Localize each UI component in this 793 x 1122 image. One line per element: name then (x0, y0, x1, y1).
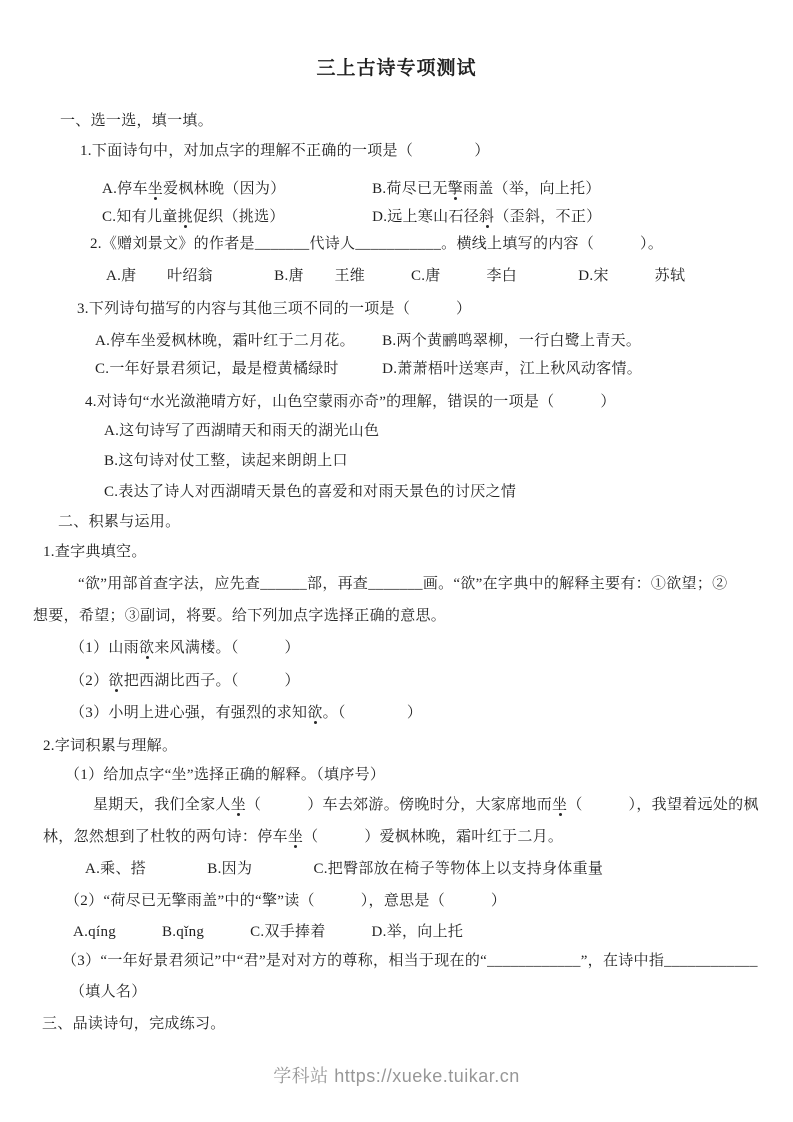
s2q2-item1-text-line1: 星期天，我们全家人坐（ ）车去郊游。傍晚时分，大家席地而坐（ ），我望着远处的枫 (93, 794, 759, 816)
q1-option-d: D.远上寒山石径斜（歪斜，不正） (372, 209, 601, 225)
emphasized-char: 欲 (307, 705, 322, 721)
s2q1-item3: （3）小明上进心强，有强烈的求知欲。（ ） (70, 702, 422, 724)
s2q2-item2-stem: （2）“荷尽已无擎雨盖”中的“擎”读（ ），意思是（ ） (65, 890, 506, 912)
section3-heading: 三、品读诗句，完成练习。 (42, 1013, 226, 1035)
q4-option-b: B.这句诗对仗工整，读起来朗朗上口 (104, 450, 348, 472)
s2q2-item3-stem-line2: （填人名） (70, 981, 147, 1003)
s2q1-item2: （2）欲把西湖比西子。（ ） (70, 670, 300, 692)
s2q1-item1: （1）山雨欲来风满楼。（ ） (70, 637, 300, 659)
q1-option-c: C.知有儿童挑促织（挑选） (102, 206, 368, 228)
s2q1-paragraph-line2: 想要，希望；③副词，将要。给下列加点字选择正确的意思。 (33, 605, 446, 627)
emphasized-char: 挑 (178, 209, 193, 225)
s2q2-item1-options: A.乘、搭 B.因为 C.把臀部放在椅子等物体上以支持身体重量 (85, 858, 603, 880)
q1-option-b: B.荷尽已无擎雨盖（举，向上托） (372, 181, 601, 197)
q4-option-c: C.表达了诗人对西湖晴天景色的喜爱和对雨天景色的讨厌之情 (104, 481, 516, 503)
q3-options-row-2: C.一年好景君须记，最是橙黄橘绿时 D.萧萧梧叶送寒声，江上秋风动客情。 (95, 358, 642, 380)
q4-stem: 4.对诗句“水光潋滟晴方好，山色空蒙雨亦奇”的理解，错误的一项是（ ） (85, 391, 616, 413)
emphasized-char: 坐 (552, 797, 567, 813)
s2q2-item1-text-line2: 林，忽然想到了杜牧的两句诗：停车坐（ ）爱枫林晚，霜叶红于二月。 (43, 826, 563, 848)
s2q2-item1-stem: （1）给加点字“坐”选择正确的解释。（填序号） (65, 764, 385, 786)
q3-option-a: A.停车坐爱枫林晚，霜叶红于二月花。 (95, 330, 378, 352)
s2q1-paragraph-line1: “欲”用部首查字法，应先查______部，再查_______画。“欲”在字典中的… (78, 573, 727, 595)
q3-stem: 3.下列诗句描写的内容与其他三项不同的一项是（ ） (77, 298, 471, 320)
emphasized-char: 斜 (479, 209, 494, 225)
q1-option-a: A.停车坐爱枫林晚（因为） (102, 178, 368, 200)
site-watermark: 学科站 https://xueke.tuikar.cn (0, 1065, 793, 1087)
q3-option-d: D.萧萧梧叶送寒声，江上秋风动客情。 (382, 361, 642, 377)
emphasized-char: 欲 (139, 640, 154, 656)
q2-options: A.唐 叶绍翁 B.唐 王维 C.唐 李白 D.宋 苏轼 (106, 265, 685, 287)
q1-options-row-2: C.知有儿童挑促织（挑选） D.远上寒山石径斜（歪斜，不正） (102, 206, 601, 228)
q1-stem: 1.下面诗句中，对加点字的理解不正确的一项是（ ） (80, 140, 490, 162)
s2q1-label: 1.查字典填空。 (43, 541, 147, 563)
q4-option-a: A.这句诗写了西湖晴天和雨天的湖光山色 (104, 420, 379, 442)
q3-options-row-1: A.停车坐爱枫林晚，霜叶红于二月花。 B.两个黄鹂鸣翠柳，一行白鹭上青天。 (95, 330, 641, 352)
q3-option-c: C.一年好景君须记，最是橙黄橘绿时 (95, 358, 378, 380)
s2q2-item2-options: A.qíng B.qǐng C.双手捧着 D.举，向上托 (73, 921, 463, 943)
emphasized-char: 擎 (448, 181, 463, 197)
worksheet-page: 三上古诗专项测试 一、选一选，填一填。 1.下面诗句中，对加点字的理解不正确的一… (0, 0, 793, 1122)
q2-stem: 2.《赠刘景文》的作者是_______代诗人___________。横线上填写的… (90, 233, 663, 255)
s2q2-item3-stem-line1: （3）“一年好景君须记”中“君”是对对方的尊称，相当于现在的“_________… (62, 950, 758, 972)
s2q2-label: 2.字词积累与理解。 (43, 735, 177, 757)
emphasized-char: 欲 (108, 673, 123, 689)
emphasized-char: 坐 (288, 829, 303, 845)
page-title: 三上古诗专项测试 (0, 58, 793, 80)
emphasized-char: 坐 (231, 797, 246, 813)
section2-heading: 二、积累与运用。 (58, 511, 180, 533)
q1-options-row-1: A.停车坐爱枫林晚（因为） B.荷尽已无擎雨盖（举，向上托） (102, 178, 601, 200)
section1-heading: 一、选一选，填一填。 (60, 110, 213, 132)
q3-option-b: B.两个黄鹂鸣翠柳，一行白鹭上青天。 (382, 333, 641, 349)
emphasized-char: 坐 (148, 181, 163, 197)
